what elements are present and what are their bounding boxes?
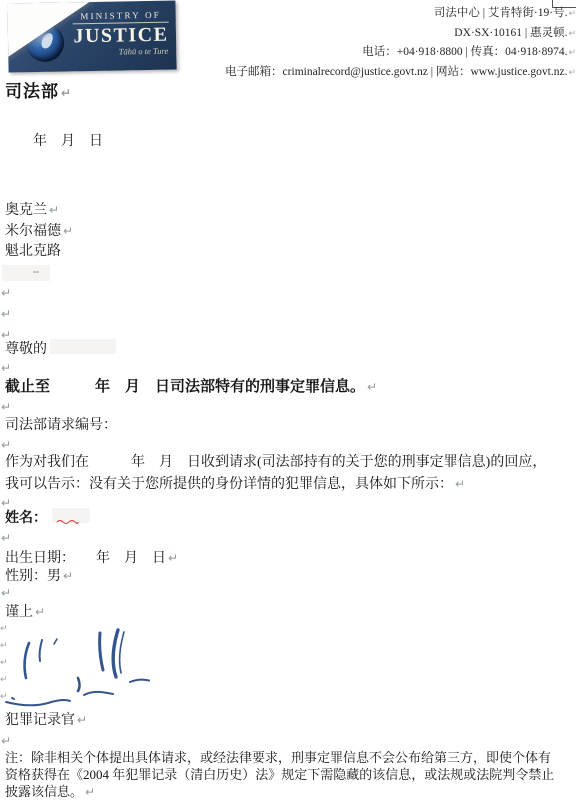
body-paragraph-line-1: 作为对我们在 年 月 日收到请求(司法部持有的关于您的刑事定罪信息)的回应， [5,453,546,473]
paragraph-mark: ↵ [77,713,87,727]
subject-line: 截止至 年 月 日司法部特有的刑事定罪信息。↵ [5,377,377,397]
empty-paragraph-mark: ↵ [1,361,11,375]
paragraph-mark: ↵ [568,9,576,19]
empty-paragraph-mark: ↵ [1,496,11,510]
contact-block: 司法中心 | 艾肯特街·19·号.↵ DX·SX·10161 | 惠灵顿.↵ 电… [225,4,576,82]
contact-email-web-line: 电子邮箱：criminalrecord@justice.govt.nz | 网站… [225,63,576,83]
paragraph-mark: ↵ [85,785,95,799]
redacted-address-detail [2,265,50,281]
signer-title-line: 犯罪记录官↵ [5,710,87,731]
empty-paragraph-mark: ↵ [1,307,11,321]
paragraph-mark: ↵ [568,48,576,58]
empty-paragraph-mark: ↵ [1,400,11,414]
contact-dx-line: DX·SX·10161 | 惠灵顿.↵ [225,24,576,44]
letter-page: MINISTRY OF JUSTICE Tāhū o te Ture 司法中心 … [0,0,576,810]
empty-paragraph-mark: ↵ [1,531,11,545]
department-title-text: 司法部 [5,82,59,101]
contact-dx-text: DX·SX·10161 | 惠灵顿. [454,27,567,39]
handwritten-signature [2,616,172,712]
empty-paragraph-mark: ↵ [0,675,8,685]
address-street-text: 魁北克路 [5,244,61,259]
paragraph-mark: ↵ [168,551,178,565]
logo-justice: JUSTICE [70,24,172,49]
redaction-artifact [33,271,39,273]
letter-date-line: 年 月 日 [5,132,103,152]
empty-paragraph-mark: ↵ [0,692,8,702]
paragraph-mark: ↵ [367,380,377,394]
department-title: 司法部↵ [5,82,72,103]
address-city-line: 奥克兰↵ [5,200,59,221]
subject-text: 截止至 年 月 日司法部特有的刑事定罪信息。 [5,379,365,395]
empty-paragraph-mark: ↵ [0,641,8,651]
body-paragraph-line-2: 我可以告示：没有关于您所提供的身份详情的犯罪信息，具体如下所示：↵ [5,474,465,495]
gender-text: 性别：男 [5,569,61,584]
contact-phone-fax-line: 电话：+04·918·8800 | 传真：04·918·8974.↵ [225,43,576,63]
ministry-of-justice-logo: MINISTRY OF JUSTICE Tāhū o te Ture [7,1,176,73]
paragraph-mark: ↵ [61,86,72,100]
salutation-line: 尊敬的 [5,340,47,360]
contact-phone-fax-text: 电话：+04·918·8800 | 传真：04·918·8974. [362,46,567,58]
empty-paragraph-mark: ↵ [1,734,11,748]
paragraph-mark: ↵ [568,68,576,78]
empty-paragraph-mark: ↵ [0,624,8,634]
contact-address-line: 司法中心 | 艾肯特街·19·号.↵ [225,4,576,24]
address-street-line: 魁北克路 [5,242,61,262]
footnote-line-3: 披露该信息。↵ [5,782,95,802]
name-label: 姓名： [5,509,47,529]
paragraph-mark: ↵ [63,224,73,238]
contact-address-text: 司法中心 | 艾肯特街·19·号. [434,7,568,19]
empty-paragraph-mark: ↵ [0,658,8,668]
paragraph-mark: ↵ [568,29,576,39]
redacted-recipient-name [50,339,116,354]
logo-ministry-of: MINISTRY OF [70,10,172,22]
footnote-line-3-text: 披露该信息。 [5,784,83,799]
logo-text: MINISTRY OF JUSTICE Tāhū o te Ture [70,10,173,58]
paragraph-mark: ↵ [63,569,73,583]
address-suburb-line: 米尔福德↵ [5,221,73,242]
address-suburb-text: 米尔福德 [5,224,61,239]
signer-title-text: 犯罪记录官 [5,713,75,728]
empty-paragraph-mark: ↵ [1,586,11,600]
empty-paragraph-mark: ↵ [1,286,11,300]
contact-email-web-text: 电子邮箱：criminalrecord@justice.govt.nz | 网站… [225,66,567,78]
request-number-line: 司法部请求编号： [5,416,117,436]
address-city-text: 奥克兰 [5,203,47,218]
gender-line: 性别：男↵ [5,566,73,587]
dob-text: 出生日期： 年 月 日 [5,551,166,566]
empty-paragraph-mark: ↵ [1,438,11,452]
paragraph-mark: ↵ [455,477,465,491]
spellcheck-squiggle [56,518,80,525]
body-paragraph-line-2-text: 我可以告示：没有关于您所提供的身份详情的犯罪信息，具体如下所示： [5,477,453,492]
paragraph-mark: ↵ [49,203,59,217]
